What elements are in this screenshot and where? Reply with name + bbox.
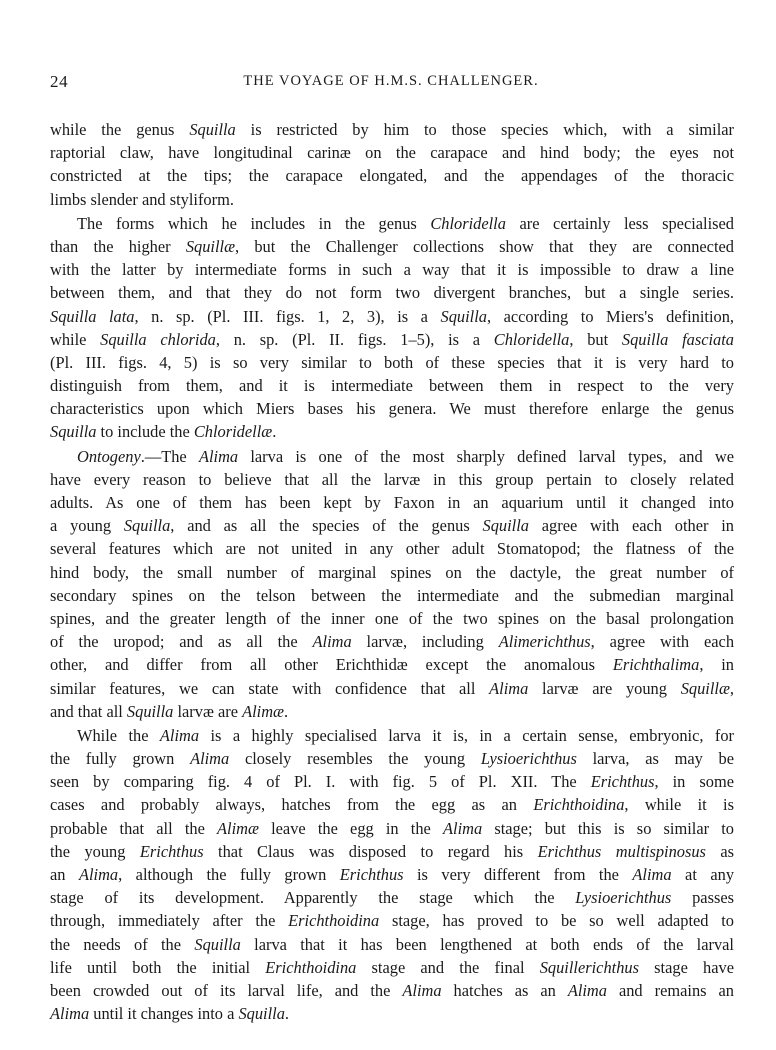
text-run: and remains an: [607, 981, 734, 1000]
text-run: life until both the initial: [50, 958, 265, 977]
text-run: are certainly less specialised: [506, 214, 734, 233]
text-run: with the latter by intermediate forms in…: [50, 260, 734, 279]
text-run: seen by comparing fig. 4 of Pl. I. with …: [50, 772, 591, 791]
book-page: 24 THE VOYAGE OF H.M.S. CHALLENGER. whil…: [0, 0, 776, 1050]
text-run: is a highly specialised larva it is, in …: [199, 726, 734, 745]
italic-taxon: Alimæ: [217, 819, 259, 838]
text-run: , while it is: [624, 795, 734, 814]
text-run: characteristics upon which Miers bases h…: [50, 399, 734, 418]
text-run: spines, and the greater length of the in…: [50, 609, 734, 628]
italic-taxon: Squilla fasciata: [622, 330, 734, 349]
text-line: probable that all the Alimæ leave the eg…: [50, 817, 734, 840]
text-run: The forms which he includes in the genus: [77, 214, 430, 233]
text-line: the needs of the Squilla larva that it h…: [50, 933, 734, 956]
text-line: been crowded out of its larval life, and…: [50, 979, 734, 1002]
text-run: the needs of the: [50, 935, 194, 954]
text-run: larva, as may be: [577, 749, 734, 768]
text-run: than the higher: [50, 237, 186, 256]
text-run: adults. As one of them has been kept by …: [50, 493, 734, 512]
text-line: similar features, we can state with conf…: [50, 677, 734, 700]
text-line: an Alima, although the fully grown Erich…: [50, 863, 734, 886]
text-line: spines, and the greater length of the in…: [50, 607, 734, 630]
text-line: several features which are not united in…: [50, 537, 734, 560]
italic-taxon: Alima: [50, 1004, 89, 1023]
text-line: Alima until it changes into a Squilla.: [50, 1002, 734, 1025]
text-run: of the uropod; and as all the: [50, 632, 313, 651]
text-run: have every reason to believe that all th…: [50, 470, 734, 489]
text-line: hind body, the small number of marginal …: [50, 561, 734, 584]
italic-taxon: Erichthus: [591, 772, 655, 791]
text-run: been crowded out of its larval life, and…: [50, 981, 402, 1000]
text-run: , in some: [654, 772, 734, 791]
paragraph: while the genus Squilla is restricted by…: [50, 118, 734, 211]
text-run: larva that it has been lengthened at bot…: [241, 935, 734, 954]
text-line: While the Alima is a highly specialised …: [50, 724, 734, 747]
text-line: through, immediately after the Erichthoi…: [50, 909, 734, 932]
text-run: between them, and that they do not form …: [50, 283, 734, 302]
text-line: The forms which he includes in the genus…: [50, 212, 734, 235]
text-line: between them, and that they do not form …: [50, 281, 734, 304]
text-line: than the higher Squillæ, but the Challen…: [50, 235, 734, 258]
text-run: several features which are not united in…: [50, 539, 734, 558]
text-run: .: [284, 702, 288, 721]
text-line: the young Erichthus that Claus was dispo…: [50, 840, 734, 863]
text-run: as: [706, 842, 734, 861]
text-run: and that all: [50, 702, 127, 721]
text-line: raptorial claw, have longitudinal carinæ…: [50, 141, 734, 164]
italic-taxon: Squilla: [124, 516, 170, 535]
text-line: constricted at the tips; the carapace el…: [50, 164, 734, 187]
text-run: secondary spines on the telson between t…: [50, 586, 734, 605]
italic-taxon: Chloridella: [430, 214, 506, 233]
italic-taxon: Squillæ: [681, 679, 730, 698]
text-run: limbs slender and styliform.: [50, 190, 234, 209]
italic-taxon: Lysioerichthus: [481, 749, 577, 768]
italic-taxon: Squillerichthus: [540, 958, 639, 977]
text-line: cases and probably always, hatches from …: [50, 793, 734, 816]
italic-taxon: Erichthoidina: [265, 958, 356, 977]
italic-taxon: Alima: [199, 447, 238, 466]
italic-taxon: Alima: [632, 865, 671, 884]
italic-taxon: Squilla: [50, 422, 96, 441]
text-run: larva is one of the most sharply defined…: [238, 447, 734, 466]
italic-taxon: Lysioerichthus: [575, 888, 671, 907]
text-run: while: [50, 330, 100, 349]
italic-taxon: Squilla: [189, 120, 235, 139]
italic-taxon: Alima: [79, 865, 118, 884]
italic-taxon: Alima: [568, 981, 607, 1000]
text-run: is very different from the: [404, 865, 633, 884]
text-run: stage and the final: [356, 958, 539, 977]
text-run: .—The: [141, 447, 199, 466]
text-run: agree with each other in: [529, 516, 734, 535]
italic-taxon: Erichthalima: [613, 655, 700, 674]
text-line: characteristics upon which Miers bases h…: [50, 397, 734, 420]
text-run: , according to Miers's definition,: [487, 307, 734, 326]
text-run: , n. sp. (Pl. II. figs. 1–5), is a: [216, 330, 494, 349]
text-line: Squilla to include the Chloridellæ.: [50, 420, 734, 443]
text-line: and that all Squilla larvæ are Alimæ.: [50, 700, 734, 723]
text-run: stage, has proved to be so well adapted …: [379, 911, 734, 930]
italic-taxon: Alimerichthus: [499, 632, 591, 651]
text-run: is restricted by him to those species wh…: [236, 120, 734, 139]
text-run: hind body, the small number of marginal …: [50, 563, 734, 582]
italic-taxon: Alimæ: [242, 702, 284, 721]
italic-taxon: Chloridella: [494, 330, 570, 349]
italic-taxon: Squilla: [194, 935, 240, 954]
text-line: life until both the initial Erichthoidin…: [50, 956, 734, 979]
text-line: have every reason to believe that all th…: [50, 468, 734, 491]
body-text: while the genus Squilla is restricted by…: [50, 118, 734, 1025]
text-run: larvæ are young: [528, 679, 680, 698]
text-line: of the uropod; and as all the Alima larv…: [50, 630, 734, 653]
italic-taxon: Squillæ: [186, 237, 235, 256]
text-run: distinguish from them, and it is interme…: [50, 376, 734, 395]
italic-taxon: Squilla: [127, 702, 173, 721]
text-run: that Claus was disposed to regard his: [204, 842, 538, 861]
text-line: Ontogeny.—The Alima larva is one of the …: [50, 445, 734, 468]
text-line: the fully grown Alima closely resembles …: [50, 747, 734, 770]
text-run: the young: [50, 842, 140, 861]
text-line: Squilla lata, n. sp. (Pl. III. figs. 1, …: [50, 305, 734, 328]
text-run: through, immediately after the: [50, 911, 288, 930]
paragraph: The forms which he includes in the genus…: [50, 212, 734, 444]
text-run: , but the Challenger collections show th…: [235, 237, 734, 256]
text-line: with the latter by intermediate forms in…: [50, 258, 734, 281]
italic-taxon: Squilla: [238, 1004, 284, 1023]
paragraph: While the Alima is a highly specialised …: [50, 724, 734, 1025]
text-run: stage; but this is so similar to: [482, 819, 734, 838]
text-run: While the: [77, 726, 160, 745]
text-line: limbs slender and styliform.: [50, 188, 734, 211]
italic-taxon: Erichthoidina: [533, 795, 624, 814]
italic-taxon: Squilla chlorida: [100, 330, 216, 349]
italic-taxon: Ontogeny: [77, 447, 141, 466]
text-run: constricted at the tips; the carapace el…: [50, 166, 734, 185]
italic-taxon: Alima: [402, 981, 441, 1000]
text-run: leave the egg in the: [259, 819, 443, 838]
text-run: , agree with each: [591, 632, 734, 651]
text-run: , n. sp. (Pl. III. figs. 1, 2, 3), is a: [135, 307, 441, 326]
italic-taxon: Alima: [313, 632, 352, 651]
italic-taxon: Erichthus: [140, 842, 204, 861]
italic-taxon: Squilla: [483, 516, 529, 535]
italic-taxon: Alima: [489, 679, 528, 698]
text-run: other, and differ from all other Erichth…: [50, 655, 613, 674]
italic-taxon: Alima: [190, 749, 229, 768]
italic-taxon: Erichthus: [340, 865, 404, 884]
text-run: stage have: [639, 958, 734, 977]
italic-taxon: Squilla: [441, 307, 487, 326]
paragraph: Ontogeny.—The Alima larva is one of the …: [50, 445, 734, 723]
text-run: until it changes into a: [89, 1004, 238, 1023]
italic-taxon: Chloridellæ: [194, 422, 272, 441]
text-run: probable that all the: [50, 819, 217, 838]
text-line: a young Squilla, and as all the species …: [50, 514, 734, 537]
text-run: similar features, we can state with conf…: [50, 679, 489, 698]
italic-taxon: Erichthus multispinosus: [538, 842, 706, 861]
text-run: raptorial claw, have longitudinal carinæ…: [50, 143, 734, 162]
text-run: , in: [699, 655, 734, 674]
text-run: to include the: [96, 422, 193, 441]
text-run: cases and probably always, hatches from …: [50, 795, 533, 814]
text-run: stage of its development. Apparently the…: [50, 888, 575, 907]
italic-taxon: Alima: [443, 819, 482, 838]
text-line: other, and differ from all other Erichth…: [50, 653, 734, 676]
text-run: .: [272, 422, 276, 441]
italic-taxon: Alima: [160, 726, 199, 745]
text-run: closely resembles the young: [229, 749, 481, 768]
text-run: hatches as an: [442, 981, 568, 1000]
text-run: .: [285, 1004, 289, 1023]
running-header: 24 THE VOYAGE OF H.M.S. CHALLENGER.: [50, 72, 732, 94]
italic-taxon: Squilla lata: [50, 307, 135, 326]
text-line: (Pl. III. figs. 4, 5) is so very similar…: [50, 351, 734, 374]
text-run: larvæ, including: [352, 632, 499, 651]
text-run: , although the fully grown: [118, 865, 340, 884]
text-run: at any: [672, 865, 734, 884]
text-run: the fully grown: [50, 749, 190, 768]
text-run: passes: [671, 888, 734, 907]
text-run: while the genus: [50, 120, 189, 139]
text-run: , and as all the species of the genus: [170, 516, 482, 535]
running-title: THE VOYAGE OF H.M.S. CHALLENGER.: [50, 73, 732, 90]
text-line: secondary spines on the telson between t…: [50, 584, 734, 607]
text-line: while Squilla chlorida, n. sp. (Pl. II. …: [50, 328, 734, 351]
text-run: ,: [730, 679, 734, 698]
text-line: distinguish from them, and it is interme…: [50, 374, 734, 397]
text-run: an: [50, 865, 79, 884]
text-line: stage of its development. Apparently the…: [50, 886, 734, 909]
text-run: larvæ are: [173, 702, 242, 721]
text-line: seen by comparing fig. 4 of Pl. I. with …: [50, 770, 734, 793]
text-line: while the genus Squilla is restricted by…: [50, 118, 734, 141]
text-run: (Pl. III. figs. 4, 5) is so very similar…: [50, 353, 734, 372]
italic-taxon: Erichthoidina: [288, 911, 379, 930]
text-run: a young: [50, 516, 124, 535]
text-line: adults. As one of them has been kept by …: [50, 491, 734, 514]
text-run: , but: [569, 330, 622, 349]
